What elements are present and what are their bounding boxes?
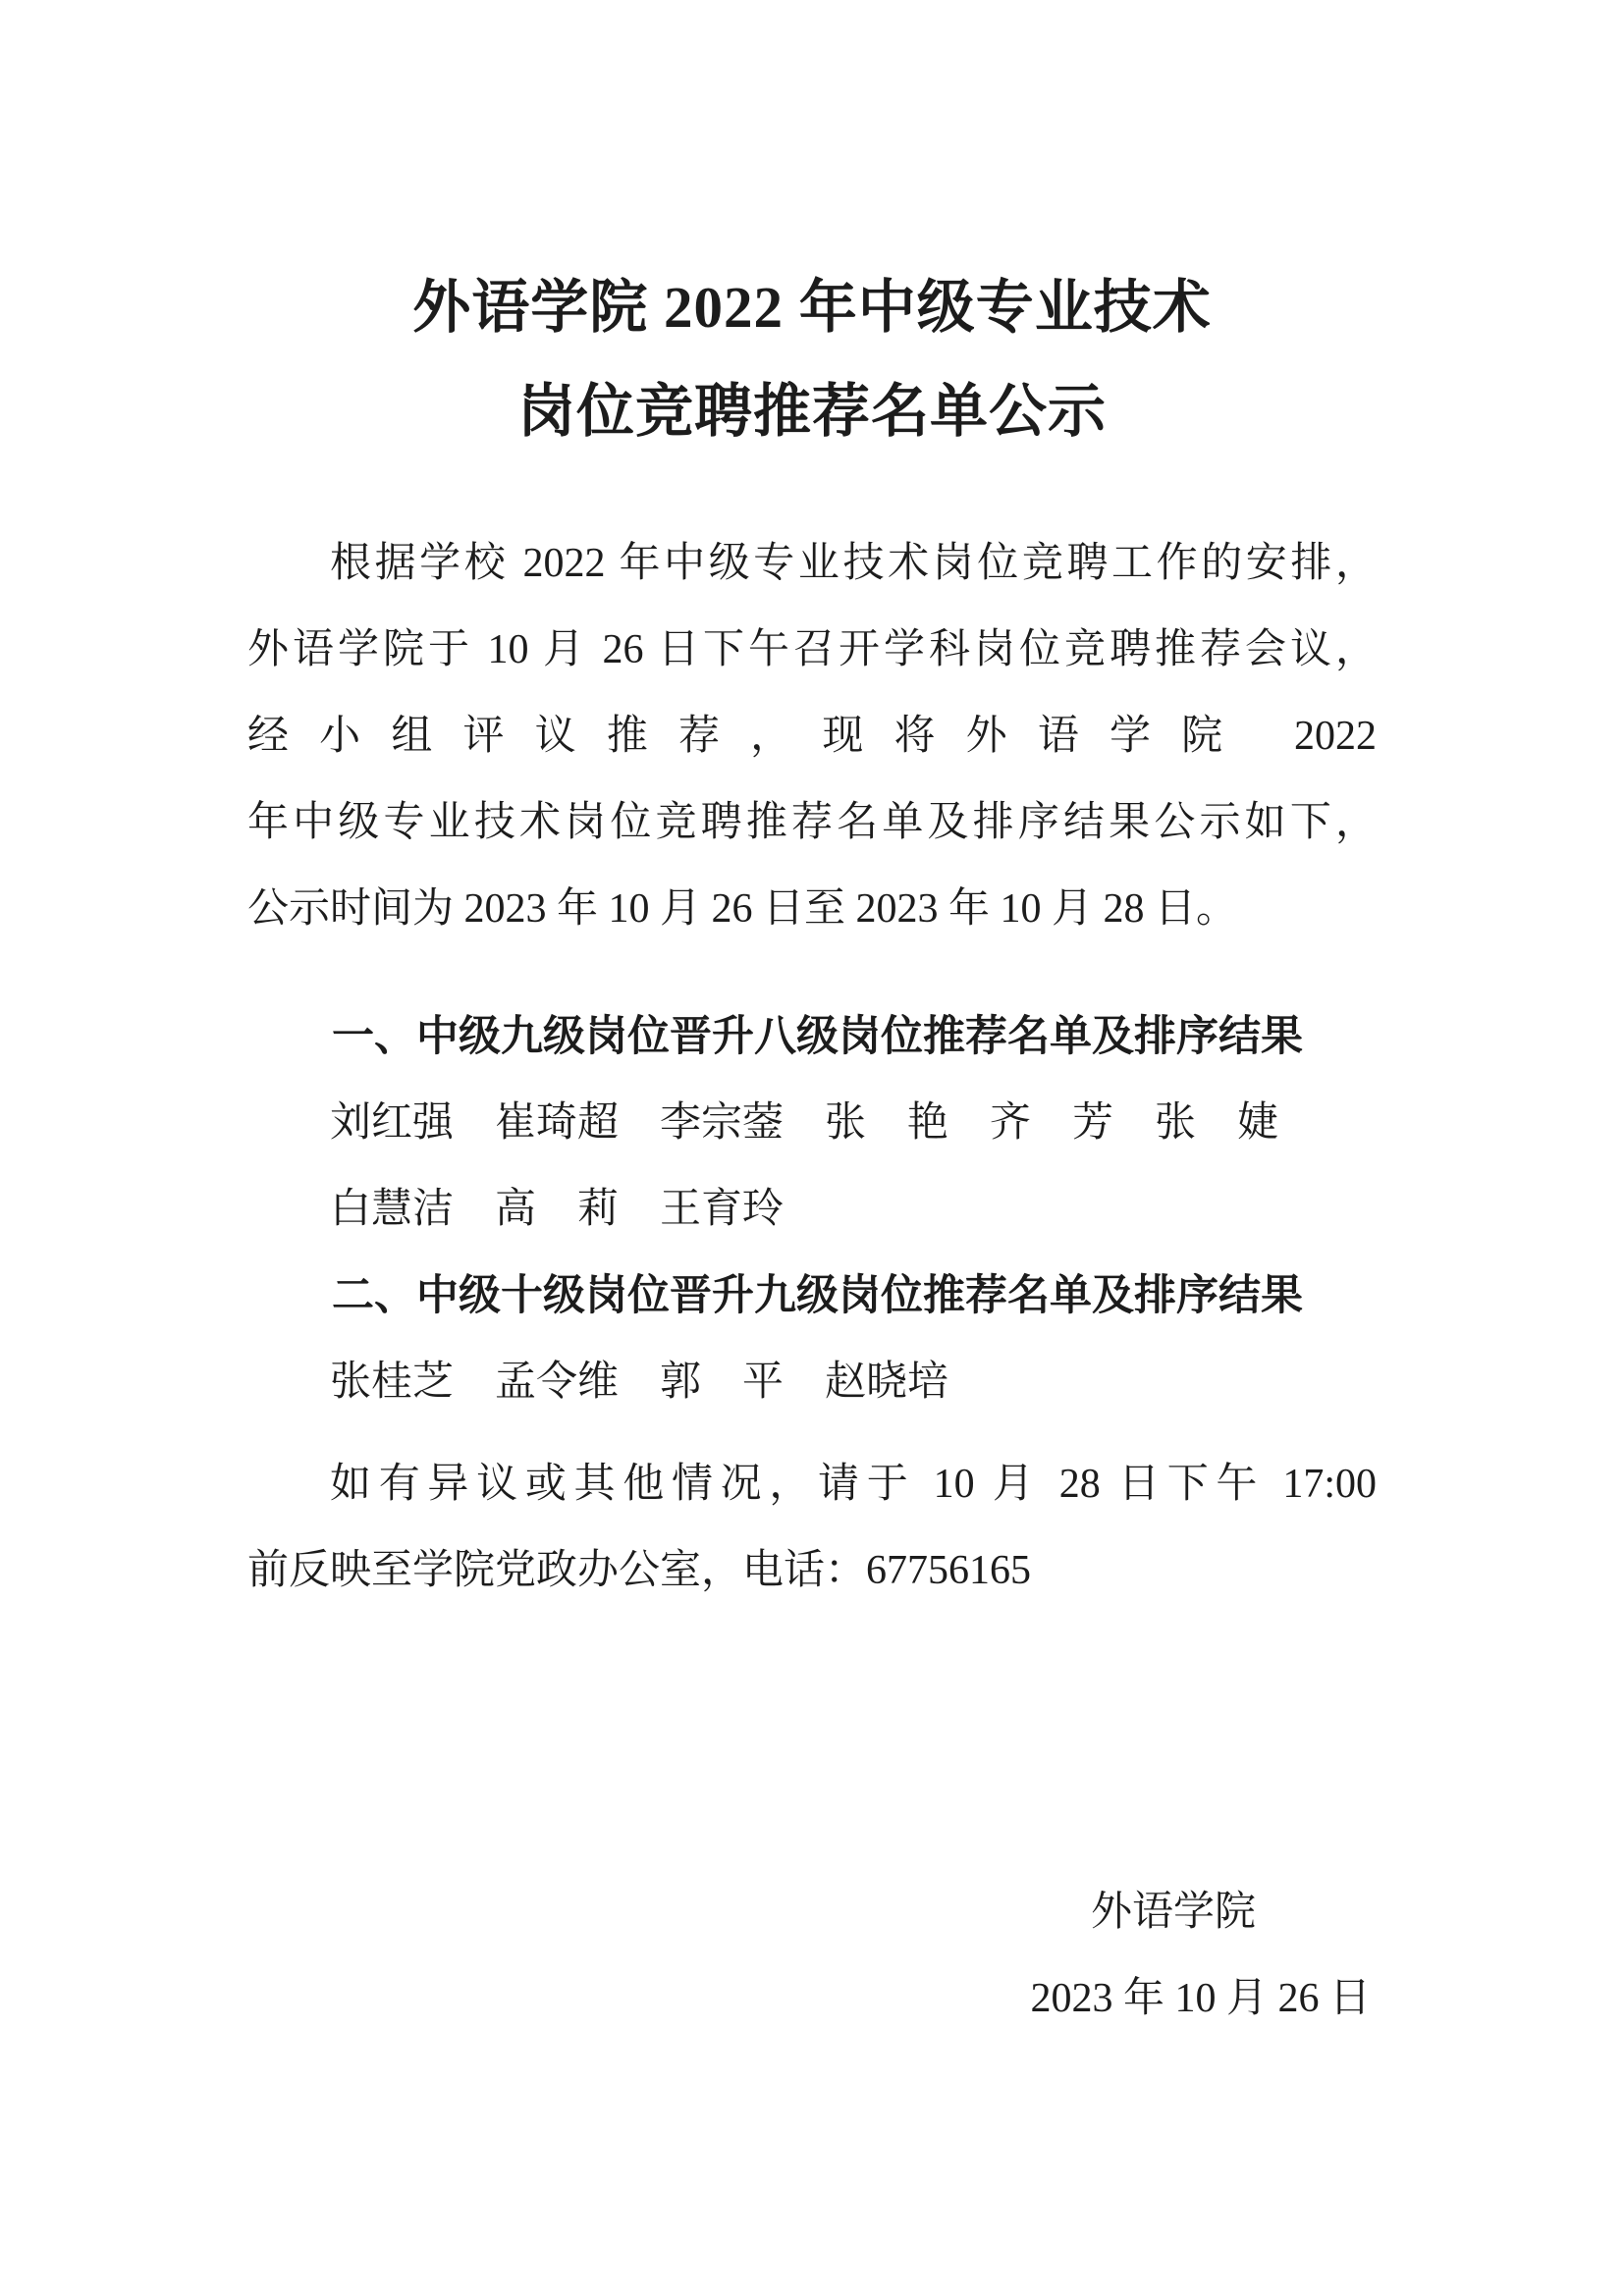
document-title-line-2: 岗位竞聘推荐名单公示 (247, 359, 1377, 463)
document-title: 外语学院 2022 年中级专业技术 岗位竞聘推荐名单公示 (247, 255, 1377, 463)
section-2-heading: 二、中级十级岗位晋升九级岗位推荐名单及排序结果 (247, 1253, 1377, 1339)
document-title-line-1: 外语学院 2022 年中级专业技术 (247, 255, 1377, 359)
signature-date: 2023 年 10 月 26 日 (247, 1955, 1377, 2042)
notice-paragraph: 如有异议或其他情况，请于 10 月 28 日下午 17:00 前反映至学院党政办… (247, 1441, 1377, 1614)
intro-paragraph: 根据学校 2022 年中级专业技术岗位竞聘工作的安排，外语学院于 10 月 26… (247, 520, 1377, 952)
document-page: 外语学院 2022 年中级专业技术 岗位竞聘推荐名单公示 根据学校 2022 年… (0, 0, 1624, 2296)
signature-block: 外语学院 2023 年 10 月 26 日 (247, 1869, 1377, 2042)
section-2-name-list: 张桂芝 孟令维 郭 平 赵晓培 (247, 1339, 1377, 1425)
section-1-name-list: 刘红强 崔琦超 李宗蓥 张 艳 齐 芳 张 婕 白慧洁 高 莉 王育玲 (247, 1080, 1377, 1253)
signature-unit: 外语学院 (247, 1869, 1377, 1955)
section-1-heading: 一、中级九级岗位晋升八级岗位推荐名单及排序结果 (247, 993, 1377, 1080)
